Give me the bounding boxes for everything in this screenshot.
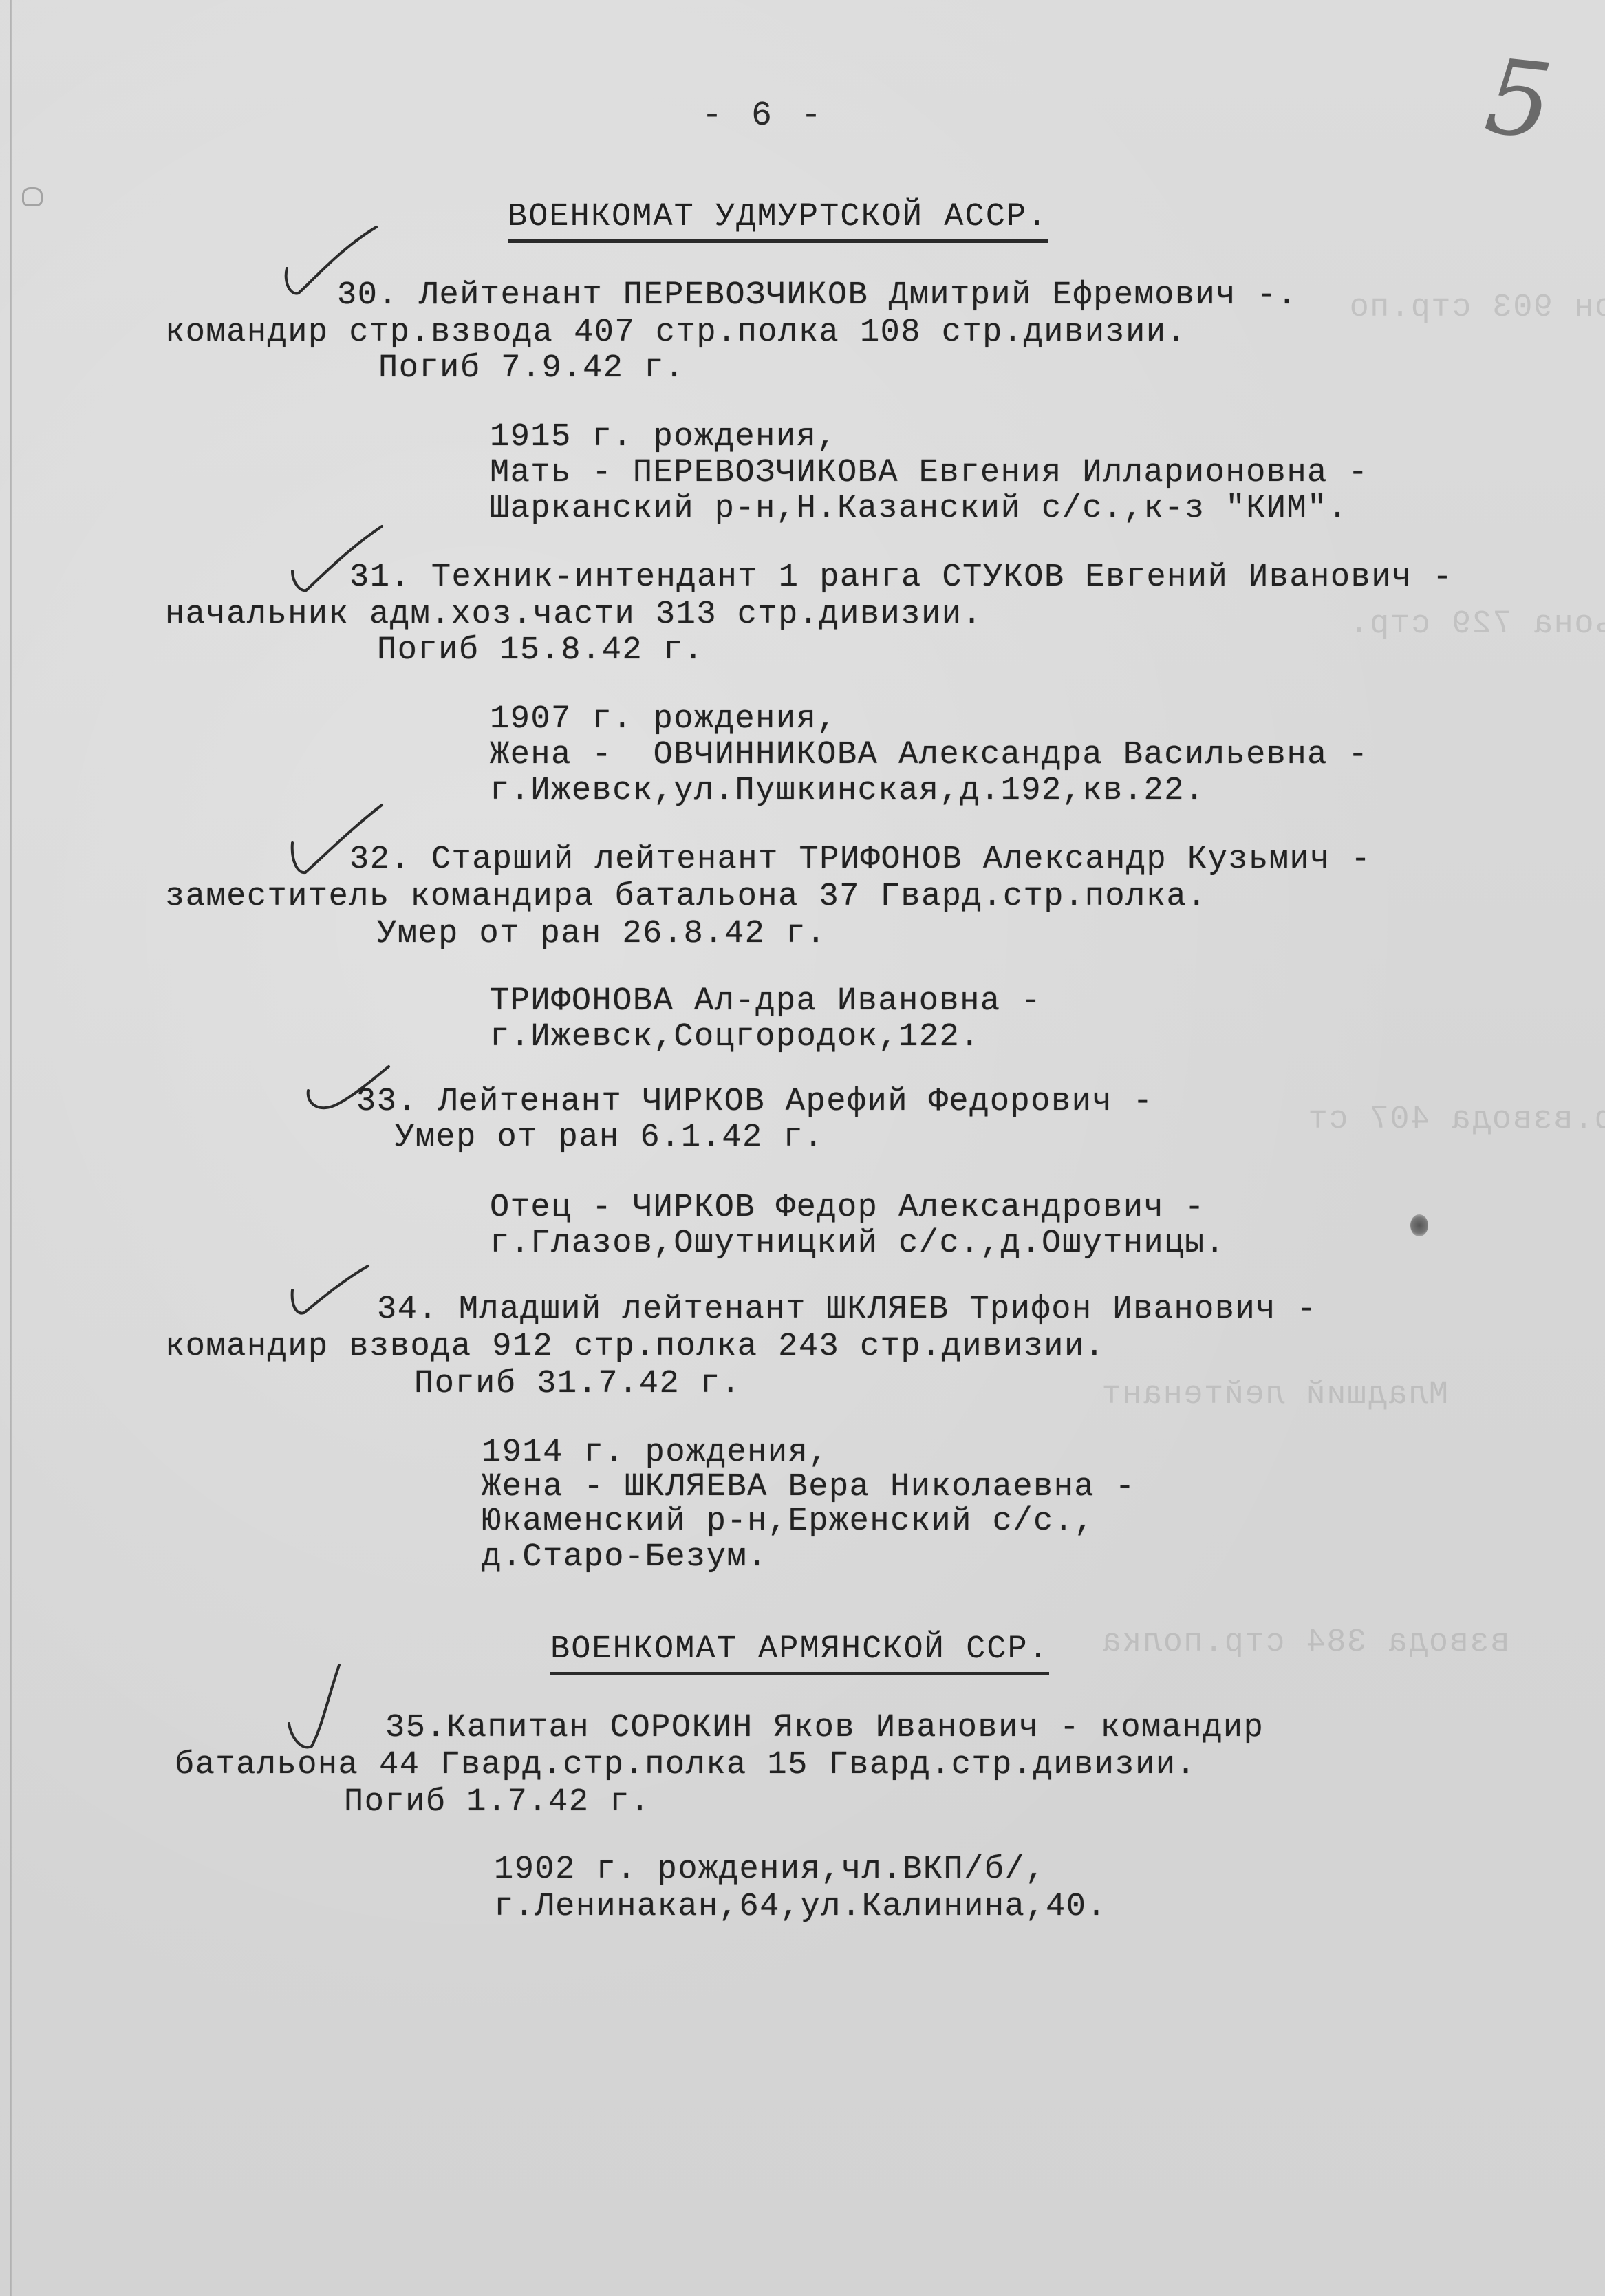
entry-34-detail-4: д.Старо-Безум. [482, 1538, 768, 1577]
bleed-through-text: взвода 384 стр.полка [1101, 1624, 1509, 1662]
entry-31-detail-1: 1907 г. рождения, [490, 700, 837, 739]
bleed-through-text: ватьона 729 стр. [1348, 605, 1605, 644]
entry-35-line-2: батальона 44 Гвард.стр.полка 15 Гвард.ст… [175, 1746, 1196, 1785]
entry-32-line-1: 32. Старший лейтенант ТРИФОНОВ Александр… [349, 841, 1371, 879]
ink-blot [1410, 1214, 1428, 1236]
entry-32-detail-1: ТРИФОНОВА Ал-дра Ивановна - [490, 983, 1042, 1021]
handwritten-folio-number: 5 [1480, 36, 1558, 162]
entry-31-detail-3: г.Ижевск,ул.Пушкинская,д.192,кв.22. [490, 772, 1205, 811]
bleed-through-text: Младший лейтенант [1101, 1376, 1448, 1415]
entry-30-line-3: Погиб 7.9.42 г. [378, 350, 685, 388]
entry-30-line-1: 30. Лейтенант ПЕРЕВОЗЧИКОВ Дмитрий Ефрем… [337, 277, 1297, 315]
bleed-through-text: стр.взвода 407 ст [1307, 1101, 1605, 1139]
section-heading-armenian: ВОЕНКОМАТ АРМЯНСКОЙ ССР. [550, 1631, 1049, 1675]
page-number: - 6 - [702, 96, 826, 136]
binding-hole-mark [22, 187, 43, 206]
entry-35-detail-2: г.Ленинакан,64,ул.Калинина,40. [494, 1888, 1107, 1927]
entry-31-line-3: Погиб 15.8.42 г. [377, 632, 704, 670]
entry-35-line-3: Погиб 1.7.42 г. [344, 1783, 651, 1822]
entry-31-line-2: начальник адм.хоз.части 313 стр.дивизии. [165, 596, 982, 634]
entry-32-detail-2: г.Ижевск,Соцгородок,122. [490, 1018, 980, 1057]
entry-33-detail-1: Отец - ЧИРКОВ Федор Александрович - [490, 1189, 1205, 1227]
document-page: ватон 903 стр.по ватьона 729 стр. стр.вз… [0, 0, 1605, 2296]
entry-31-detail-2: Жена - ОВЧИННИКОВА Александра Васильевна… [490, 736, 1368, 775]
section-heading-udmurt: ВОЕНКОМАТ УДМУРТСКОЙ АССР. [508, 198, 1048, 243]
entry-35-detail-1: 1902 г. рождения,чл.ВКП/б/, [494, 1851, 1046, 1889]
entry-31-line-1: 31. Техник-интендант 1 ранга СТУКОВ Евге… [349, 559, 1453, 597]
entry-30-detail-2: Мать - ПЕРЕВОЗЧИКОВА Евгения Илларионовн… [490, 454, 1368, 493]
bleed-through-text: ватон 903 стр.по [1348, 289, 1605, 328]
entry-32-line-3: Умер от ран 26.8.42 г. [377, 915, 827, 954]
entry-30-detail-3: Шарканский р-н,Н.Казанский с/с.,к-з "КИМ… [490, 490, 1348, 528]
checkmark-icon [288, 1665, 391, 1748]
entry-30-detail-1: 1915 г. рождения, [490, 418, 837, 457]
entry-34-line-1: 34. Младший лейтенант ШКЛЯЕВ Трифон Иван… [377, 1291, 1317, 1329]
entry-34-detail-1: 1914 г. рождения, [482, 1434, 829, 1472]
entry-34-line-3: Погиб 31.7.42 г. [414, 1365, 741, 1404]
entry-34-detail-2: Жена - ШКЛЯЕВА Вера Николаевна - [482, 1468, 1136, 1507]
entry-33-line-2: Умер от ран 6.1.42 г. [395, 1119, 824, 1157]
entry-34-detail-3: Юкаменский р-н,Ерженский с/с., [482, 1503, 1095, 1541]
entry-33-detail-2: г.Глазов,Ошутницкий с/с.,д.Ошутницы. [490, 1225, 1225, 1263]
entry-35-line-1: 35.Капитан СОРОКИН Яков Иванович - коман… [385, 1709, 1264, 1748]
entry-30-line-2: командир стр.взвода 407 стр.полка 108 ст… [165, 314, 1187, 352]
entry-34-line-2: командир взвода 912 стр.полка 243 стр.ди… [165, 1328, 1105, 1366]
entry-33-line-1: 33. Лейтенант ЧИРКОВ Арефий Федорович - [356, 1083, 1153, 1122]
entry-32-line-2: заместитель командира батальона 37 Гвард… [165, 878, 1207, 916]
binding-edge [10, 0, 12, 2296]
